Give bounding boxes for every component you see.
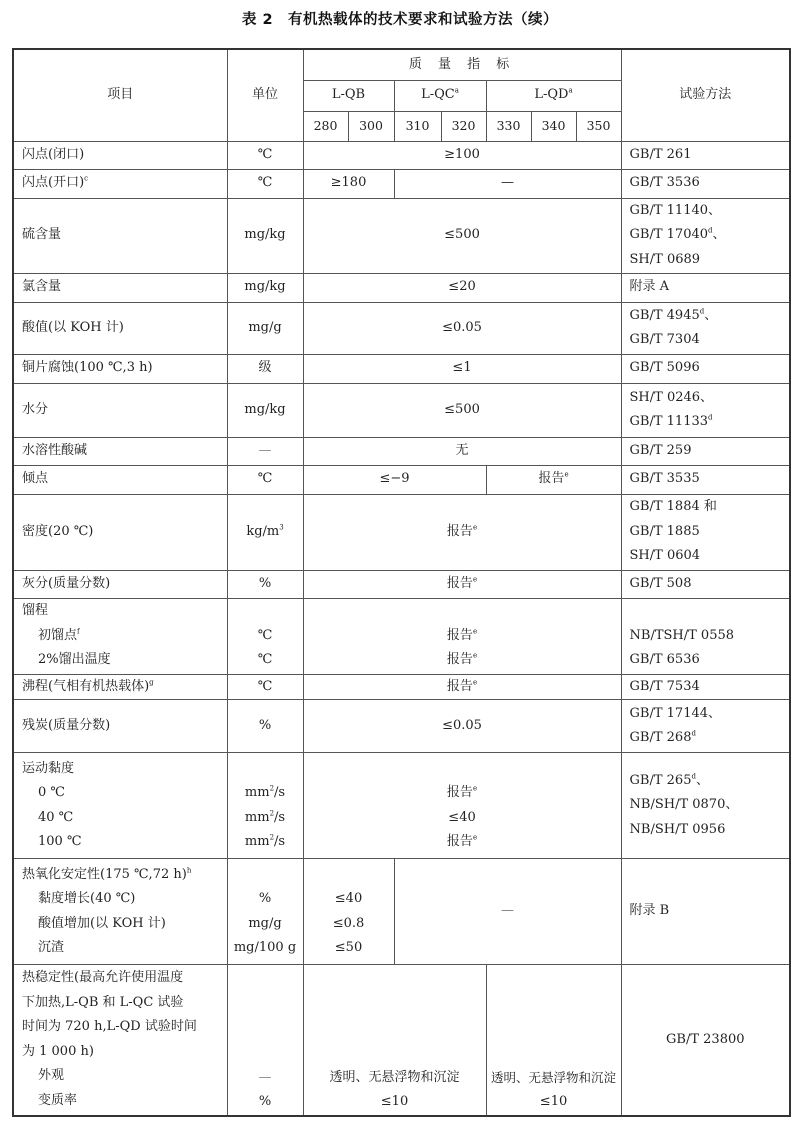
table-row: 氯含量 mg/kg ≤20 附录 A (13, 273, 790, 302)
row-unit: ℃ (227, 674, 303, 700)
row-method: GB/T 7534 (621, 674, 790, 700)
row-value: ≥100 (303, 141, 621, 169)
row-method: GB/T 23800 (621, 965, 790, 1116)
row-method: GB/T 265d、 NB/SH/T 0870、 NB/SH/T 0956 (621, 753, 790, 859)
row-value: ≤500 (303, 383, 621, 437)
table-row: 运动黏度 0 ℃ 40 ℃ 100 ℃ mm2/s mm2/s mm2/s 报告… (13, 753, 790, 859)
row-unit: ℃ (227, 465, 303, 494)
temp-340: 340 (531, 111, 576, 141)
row-unit: % mg/g mg/100 g (227, 859, 303, 965)
row-item: 沸程(气相有机热载体)g (13, 674, 227, 700)
row-value: 报告e (303, 570, 621, 598)
row-method: GB/T 5096 (621, 354, 790, 383)
row-unit: ℃ (227, 141, 303, 169)
table-row: 密度(20 ℃) kg/m3 报告e GB/T 1884 和 GB/T 1885… (13, 494, 790, 570)
row-unit: mg/kg (227, 198, 303, 273)
row-item: 灰分(质量分数) (13, 570, 227, 598)
grade-qc: L-QCa (394, 80, 486, 111)
row-method: GB/T 508 (621, 570, 790, 598)
row-value: ≤500 (303, 198, 621, 273)
row-item: 铜片腐蚀(100 ℃,3 h) (13, 354, 227, 383)
row-value: 报告e (303, 494, 621, 570)
header-row-1: 项目 单位 质 量 指 标 试验方法 (13, 49, 790, 80)
temp-320: 320 (441, 111, 486, 141)
table-row: 馏程 初馏点f 2%馏出温度 ℃ ℃ 报告e 报告e NB/TSH/T 0558… (13, 598, 790, 674)
table-row: 水溶性酸碱 — 无 GB/T 259 (13, 437, 790, 465)
table-row: 水分 mg/kg ≤500 SH/T 0246、 GB/T 11133d (13, 383, 790, 437)
row-value: ≤0.05 (303, 302, 621, 354)
row-unit: kg/m3 (227, 494, 303, 570)
row-value-rest: — (394, 859, 621, 965)
row-value: 无 (303, 437, 621, 465)
row-item: 水分 (13, 383, 227, 437)
spec-table: 项目 单位 质 量 指 标 试验方法 L-QB L-QCa L-QDa 280 … (12, 48, 791, 1117)
row-value: ≤20 (303, 273, 621, 302)
row-unit: % (227, 700, 303, 753)
row-unit: mg/g (227, 302, 303, 354)
table-row: 硫含量 mg/kg ≤500 GB/T 11140、 GB/T 17040d、 … (13, 198, 790, 273)
temp-280: 280 (303, 111, 348, 141)
row-method: GB/T 4945d、 GB/T 7304 (621, 302, 790, 354)
row-value: ≤1 (303, 354, 621, 383)
table-row: 闪点(闭口) ℃ ≥100 GB/T 261 (13, 141, 790, 169)
row-value-b: 透明、无悬浮物和沉淀 ≤10 (486, 965, 621, 1116)
table-row: 铜片腐蚀(100 ℃,3 h) 级 ≤1 GB/T 5096 (13, 354, 790, 383)
row-method: 附录 A (621, 273, 790, 302)
temp-330: 330 (486, 111, 531, 141)
table-row: 酸值(以 KOH 计) mg/g ≤0.05 GB/T 4945d、 GB/T … (13, 302, 790, 354)
row-unit: ℃ ℃ (227, 598, 303, 674)
row-item: 热氧化安定性(175 ℃,72 h)h 黏度增长(40 ℃) 酸值增加(以 KO… (13, 859, 227, 965)
row-item: 馏程 初馏点f 2%馏出温度 (13, 598, 227, 674)
table-row: 热氧化安定性(175 ℃,72 h)h 黏度增长(40 ℃) 酸值增加(以 KO… (13, 859, 790, 965)
row-value: 报告e ≤40 报告e (303, 753, 621, 859)
grade-qb: L-QB (303, 80, 394, 111)
row-unit: 级 (227, 354, 303, 383)
row-unit: — (227, 437, 303, 465)
table-row: 残炭(质量分数) % ≤0.05 GB/T 17144、 GB/T 268d (13, 700, 790, 753)
row-value-b: 报告e (486, 465, 621, 494)
row-method: GB/T 1884 和 GB/T 1885 SH/T 0604 (621, 494, 790, 570)
row-method: GB/T 261 (621, 141, 790, 169)
temp-350: 350 (576, 111, 621, 141)
row-item: 水溶性酸碱 (13, 437, 227, 465)
row-value-a: ≤−9 (303, 465, 486, 494)
row-method: GB/T 3536 (621, 169, 790, 198)
row-method: 附录 B (621, 859, 790, 965)
row-method: SH/T 0246、 GB/T 11133d (621, 383, 790, 437)
row-unit: mg/kg (227, 273, 303, 302)
row-method: NB/TSH/T 0558 GB/T 6536 (621, 598, 790, 674)
header-method: 试验方法 (621, 49, 790, 141)
row-item: 闪点(闭口) (13, 141, 227, 169)
row-value: 报告e 报告e (303, 598, 621, 674)
row-unit: mg/kg (227, 383, 303, 437)
row-item: 酸值(以 KOH 计) (13, 302, 227, 354)
row-item: 热稳定性(最高允许使用温度 下加热,L-QB 和 L-QC 试验 时间为 720… (13, 965, 227, 1116)
row-method: GB/T 17144、 GB/T 268d (621, 700, 790, 753)
row-method: GB/T 11140、 GB/T 17040d、 SH/T 0689 (621, 198, 790, 273)
row-value-a: 透明、无悬浮物和沉淀 ≤10 (303, 965, 486, 1116)
row-method: GB/T 259 (621, 437, 790, 465)
row-item: 硫含量 (13, 198, 227, 273)
temp-310: 310 (394, 111, 441, 141)
row-unit: % (227, 570, 303, 598)
row-value-qb: ≤40 ≤0.8 ≤50 (303, 859, 394, 965)
grade-qd: L-QDa (486, 80, 621, 111)
row-unit: mm2/s mm2/s mm2/s (227, 753, 303, 859)
header-item: 项目 (13, 49, 227, 141)
row-item: 残炭(质量分数) (13, 700, 227, 753)
row-value-rest: — (394, 169, 621, 198)
row-item: 倾点 (13, 465, 227, 494)
table-row: 沸程(气相有机热载体)g ℃ 报告e GB/T 7534 (13, 674, 790, 700)
temp-300: 300 (348, 111, 394, 141)
table-title: 表 2 有机热载体的技术要求和试验方法（续） (0, 8, 800, 29)
table-row: 闪点(开口)c ℃ ≥180 — GB/T 3536 (13, 169, 790, 198)
row-unit: — % (227, 965, 303, 1116)
row-method: GB/T 3535 (621, 465, 790, 494)
row-item: 闪点(开口)c (13, 169, 227, 198)
row-item: 密度(20 ℃) (13, 494, 227, 570)
table-row: 灰分(质量分数) % 报告e GB/T 508 (13, 570, 790, 598)
table-row: 倾点 ℃ ≤−9 报告e GB/T 3535 (13, 465, 790, 494)
header-unit: 单位 (227, 49, 303, 141)
row-item: 氯含量 (13, 273, 227, 302)
row-value: ≤0.05 (303, 700, 621, 753)
table-row: 热稳定性(最高允许使用温度 下加热,L-QB 和 L-QC 试验 时间为 720… (13, 965, 790, 1116)
row-item: 运动黏度 0 ℃ 40 ℃ 100 ℃ (13, 753, 227, 859)
row-unit: ℃ (227, 169, 303, 198)
row-value: 报告e (303, 674, 621, 700)
row-value-qb: ≥180 (303, 169, 394, 198)
header-quality: 质 量 指 标 (303, 49, 621, 80)
